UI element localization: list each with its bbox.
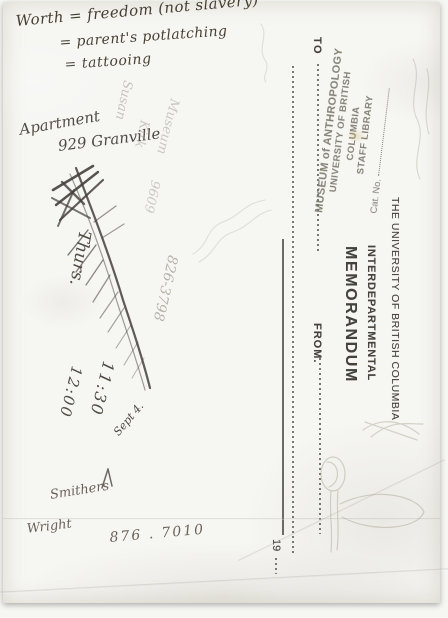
form-from-label: FROM. <box>311 323 323 363</box>
library-stamp: MUSEUM of ANTHROPOLOGY UNIVERSITY OF BRI… <box>313 45 399 222</box>
scanned-memo-page: Worth = freedom (not slavery) = parent's… <box>0 0 448 618</box>
pencil-date-note: Sept 4. <box>111 400 146 439</box>
form-date-rule <box>282 239 284 535</box>
stamp-cat-no-line <box>378 89 390 176</box>
ink-note-line2: = parent's potlatching <box>59 23 228 51</box>
form-to-label: TO <box>311 37 323 55</box>
faint-note-word1: Susan <box>112 79 135 121</box>
form-second-line <box>292 66 294 556</box>
form-year-line <box>275 558 277 574</box>
ghost-writing-mid <box>185 194 275 264</box>
form-header-memorandum: MEMORANDUM <box>341 246 359 382</box>
stamp-cat-no-label: Cat. No. <box>368 178 383 214</box>
ghost-flower-sketch <box>301 412 441 567</box>
ink-note-line3: = tattooing <box>64 51 152 73</box>
form-header-interdepartmental: INTERDEPARTMENTAL <box>365 245 377 377</box>
paper-sheet: Worth = freedom (not slavery) = parent's… <box>3 2 440 603</box>
ghost-writing-right-top <box>401 54 437 204</box>
ghost-writing-top-right-corner <box>251 20 275 84</box>
pencil-name2: Wright <box>26 517 73 537</box>
form-year-label: 19 <box>270 539 282 551</box>
fold-crease-diagonal-1 <box>0 568 448 594</box>
pencil-phone: 876 . 7010 <box>109 522 206 546</box>
pencil-name1: Smithers <box>49 479 110 503</box>
faint-note-word2: Kirk <box>131 119 151 149</box>
form-header-university: THE UNIVERSITY OF BRITISH COLUMBIA <box>389 197 401 409</box>
